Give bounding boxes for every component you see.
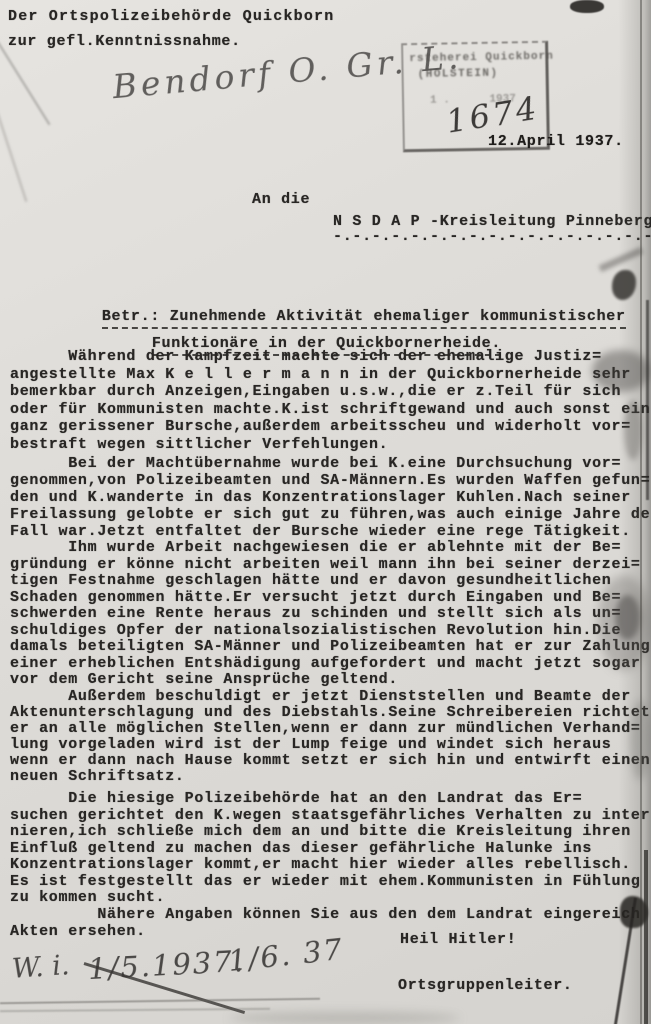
ink-streak-right	[599, 247, 644, 272]
body-paragraph-3: Ihm wurde Arbeit nachgewiesen die er abl…	[10, 540, 650, 689]
body-paragraph-1: Während der Kampfzeit machte sich der eh…	[10, 348, 650, 453]
stamp-line2: (HOLSTEIN)	[418, 68, 499, 81]
pencil-line-bottom-1	[0, 998, 320, 1004]
recipient-salutation: An die	[252, 191, 310, 208]
distribution-note-line1: Der Ortspolizeibehörde Quickborn	[8, 8, 334, 25]
stamp-line1: rsteherei Quickborn	[409, 51, 554, 66]
recipient-underline: -.-.-.-.-.-.-.-.-.-.-.-.-.-.-.-.-	[333, 228, 651, 245]
smear-bottom	[230, 1012, 460, 1024]
body-paragraph-4: Außerdem beschuldigt er jetzt Dienststel…	[10, 689, 650, 785]
letter-date: 12.April 1937.	[488, 133, 624, 150]
pencil-mark-top-left-2	[0, 59, 27, 202]
ink-blob-top	[570, 0, 604, 13]
scanned-letter-page: Der Ortspolizeibehörde Quickborn zur gef…	[0, 0, 651, 1024]
distribution-note-line2: zur gefl.Kenntnissnahme.	[8, 33, 241, 50]
handwritten-bottom-note-initials: W. i.	[11, 950, 70, 985]
closing-role: Ortsgruppenleiter.	[398, 977, 573, 994]
closing-salute: Heil Hitler!	[400, 931, 516, 948]
body-paragraph-2: Bei der Machtübernahme wurde bei K.eine …	[10, 455, 650, 540]
body-paragraph-5: Die hiesige Polizeibehörde hat an den La…	[10, 791, 650, 907]
handwritten-bottom-note-date-crossed: 1/5.1937.	[87, 944, 245, 986]
